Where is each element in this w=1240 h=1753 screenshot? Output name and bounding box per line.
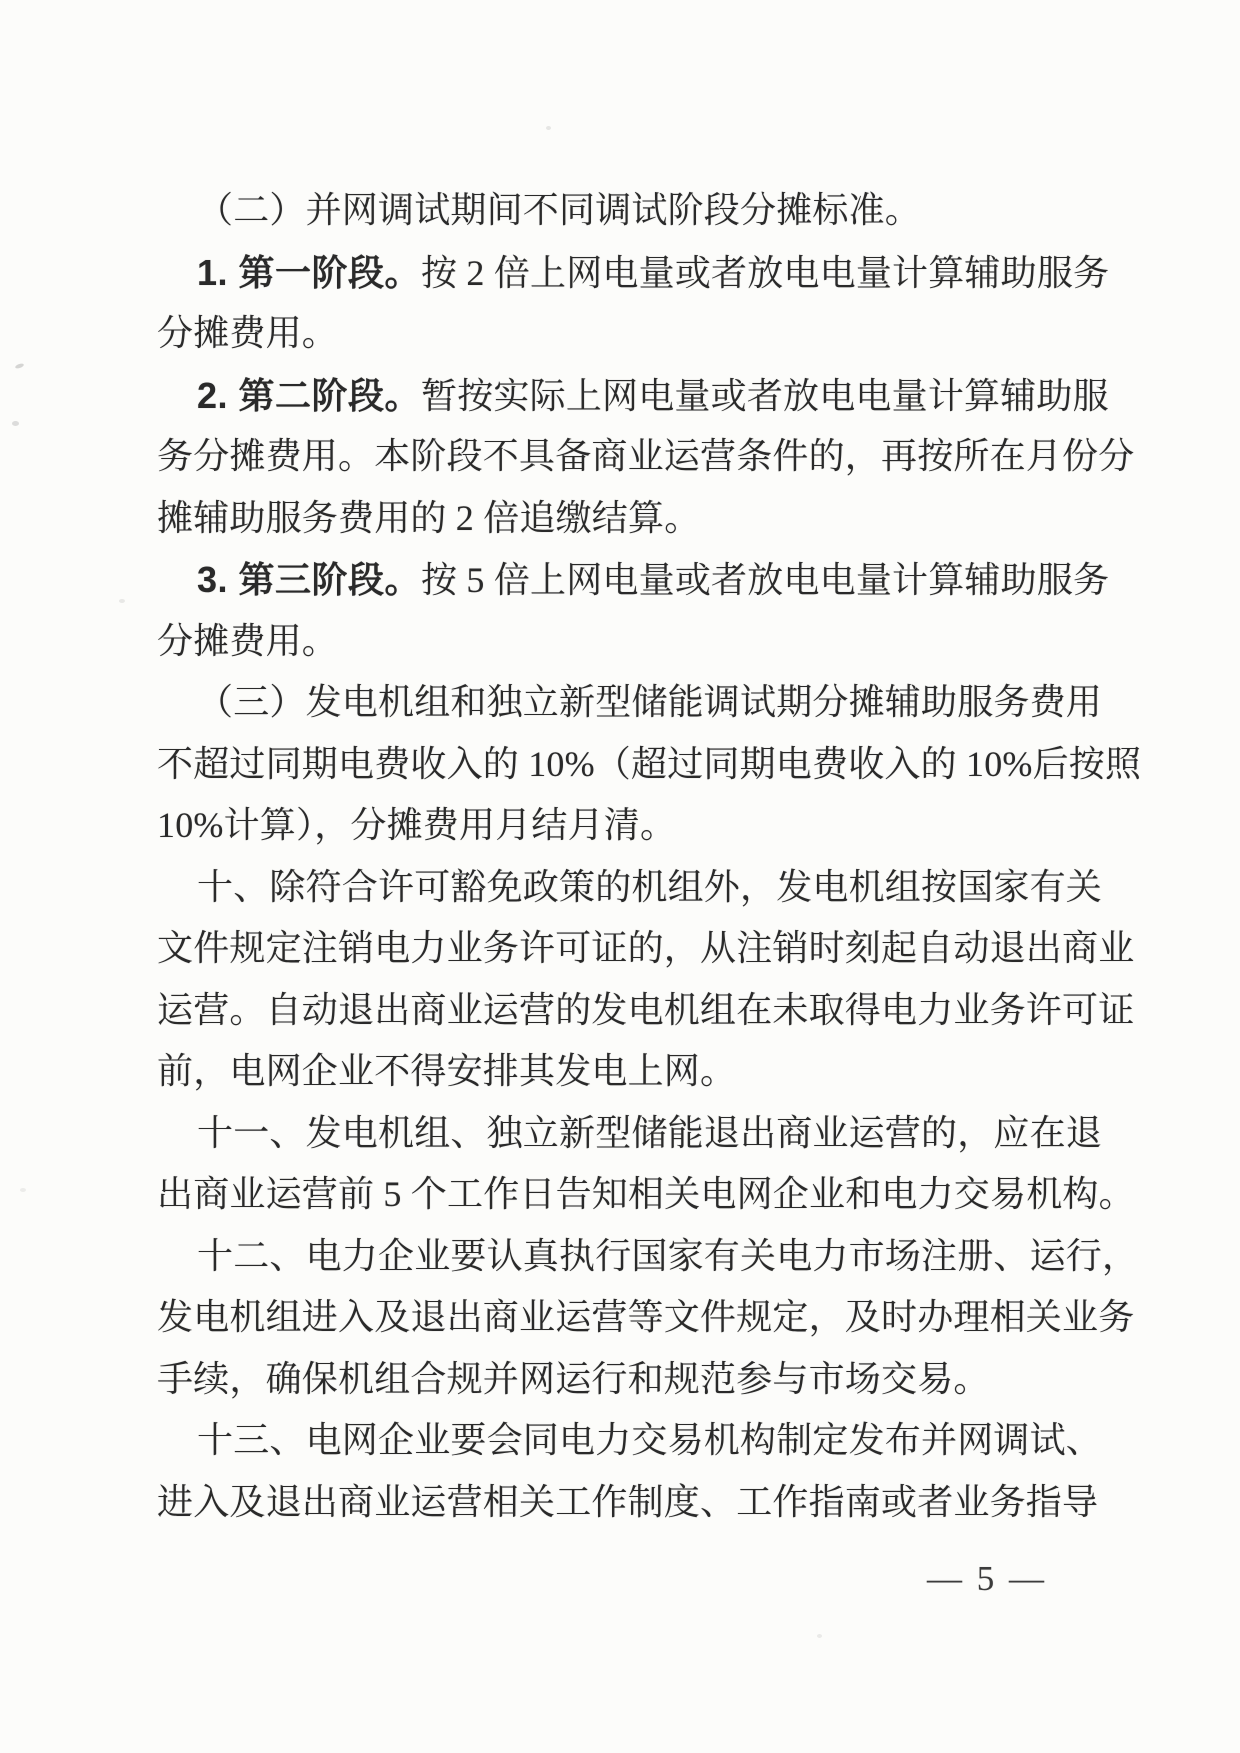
doc-line: 摊辅助服务费用的 2 倍追缴结算。 [157,488,1107,550]
scan-speck [119,599,125,603]
text-run: （三）发电机组和独立新型储能调试期分摊辅助服务费用 [197,682,1102,722]
doc-line: 3. 第三阶段。按 5 倍上网电量或者放电电量计算辅助服务 [157,549,1107,611]
doc-line: （三）发电机组和独立新型储能调试期分摊辅助服务费用 [157,672,1107,734]
text-run: 分摊费用。 [157,313,338,353]
text-run: 手续，确保机组合规并网运行和规范参与市场交易。 [157,1359,990,1399]
page-number: — 5 — [927,1558,1047,1600]
text-run: 前，电网企业不得安排其发电上网。 [157,1051,736,1091]
text-run: 按 5 倍上网电量或者放电电量计算辅助服务 [421,560,1109,600]
doc-line: 分摊费用。 [157,611,1107,673]
text-run: （二）并网调试期间不同调试阶段分摊标准。 [197,190,921,230]
doc-line: 发电机组进入及退出商业运营等文件规定，及时办理相关业务 [157,1287,1107,1349]
text-run: 务分摊费用。本阶段不具备商业运营条件的，再按所在月份分 [157,436,1134,476]
text-run: 暂按实际上网电量或者放电电量计算辅助服 [421,376,1109,416]
doc-line: 运营。自动退出商业运营的发电机组在未取得电力业务许可证 [157,980,1107,1042]
text-run: 10%计算），分摊费用月结月清。 [157,805,676,845]
scan-speck [12,421,19,426]
doc-line: 前，电网企业不得安排其发电上网。 [157,1041,1107,1103]
scan-speck [817,1634,822,1638]
doc-line: 1. 第一阶段。按 2 倍上网电量或者放电电量计算辅助服务 [157,242,1107,304]
scan-speck [546,126,551,130]
doc-line: 十、除符合许可豁免政策的机组外，发电机组按国家有关 [157,857,1107,919]
doc-line: 2. 第二阶段。暂按实际上网电量或者放电电量计算辅助服 [157,365,1107,427]
doc-line: 十一、发电机组、独立新型储能退出商业运营的，应在退 [157,1103,1107,1165]
stage-label: 1. 第一阶段。 [197,252,421,293]
stage-label: 3. 第三阶段。 [197,559,421,600]
doc-line: 十二、电力企业要认真执行国家有关电力市场注册、运行， [157,1226,1107,1288]
doc-line: 务分摊费用。本阶段不具备商业运营条件的，再按所在月份分 [157,426,1107,488]
doc-line: 10%计算），分摊费用月结月清。 [157,795,1107,857]
document-page: （二）并网调试期间不同调试阶段分摊标准。 1. 第一阶段。按 2 倍上网电量或者… [0,0,1240,1753]
doc-line: 进入及退出商业运营相关工作制度、工作指南或者业务指导 [157,1472,1107,1534]
doc-line: 文件规定注销电力业务许可证的，从注销时刻起自动退出商业 [157,918,1107,980]
stage-label: 2. 第二阶段。 [197,375,421,416]
text-run: 十三、电网企业要会同电力交易机构制定发布并网调试、 [197,1420,1102,1460]
text-run: 摊辅助服务费用的 2 倍追缴结算。 [157,498,700,538]
doc-line: （二）并网调试期间不同调试阶段分摊标准。 [157,180,1107,242]
doc-line: 十三、电网企业要会同电力交易机构制定发布并网调试、 [157,1410,1107,1472]
text-run: 十、除符合许可豁免政策的机组外，发电机组按国家有关 [197,867,1102,907]
text-run: 发电机组进入及退出商业运营等文件规定，及时办理相关业务 [157,1297,1134,1337]
text-run: 运营。自动退出商业运营的发电机组在未取得电力业务许可证 [157,990,1134,1030]
text-run: 不超过同期电费收入的 10%（超过同期电费收入的 10%后按照 [157,744,1141,784]
text-run: 按 2 倍上网电量或者放电电量计算辅助服务 [421,253,1109,293]
text-run: 分摊费用。 [157,621,338,661]
scan-speck [15,363,25,370]
scan-speck [20,1188,26,1192]
text-run: 文件规定注销电力业务许可证的，从注销时刻起自动退出商业 [157,928,1134,968]
text-run: 十二、电力企业要认真执行国家有关电力市场注册、运行， [197,1236,1138,1276]
doc-line: 分摊费用。 [157,303,1107,365]
doc-line: 出商业运营前 5 个工作日告知相关电网企业和电力交易机构。 [157,1164,1107,1226]
document-body: （二）并网调试期间不同调试阶段分摊标准。 1. 第一阶段。按 2 倍上网电量或者… [157,180,1107,1533]
text-run: 出商业运营前 5 个工作日告知相关电网企业和电力交易机构。 [157,1174,1135,1214]
doc-line: 不超过同期电费收入的 10%（超过同期电费收入的 10%后按照 [157,734,1107,796]
doc-line: 手续，确保机组合规并网运行和规范参与市场交易。 [157,1349,1107,1411]
text-run: 十一、发电机组、独立新型储能退出商业运营的，应在退 [197,1113,1102,1153]
text-run: 进入及退出商业运营相关工作制度、工作指南或者业务指导 [157,1482,1098,1522]
